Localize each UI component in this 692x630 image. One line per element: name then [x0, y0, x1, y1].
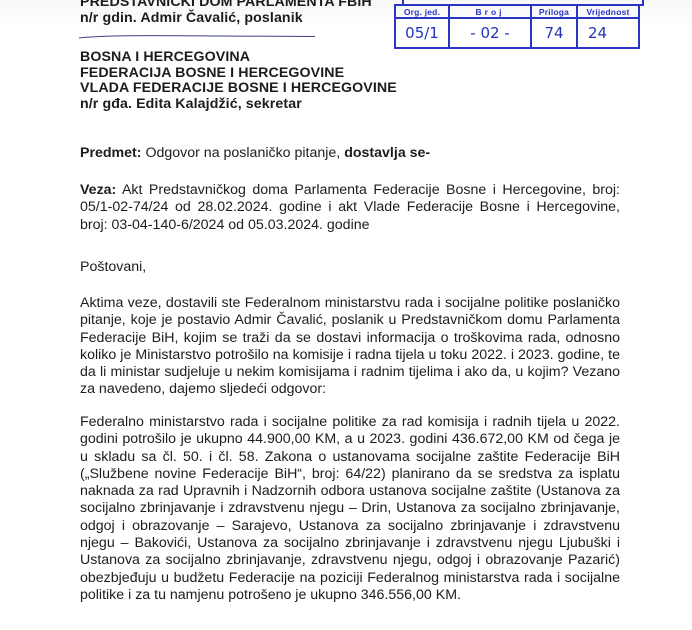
recipient-secretary: n/r gđa. Edita Kalajdžić, sekretar [80, 97, 397, 113]
recipient-federation: FEDERACIJA BOSNE I HERCEGOVINE [80, 66, 397, 82]
reference-label: Veza: [80, 182, 116, 198]
recipient-institution: PREDSTAVNIČKI DOM PARLAMENTA FBIH [80, 0, 372, 11]
recipient-person: n/r gdin. Admir Čavalić, poslanik [80, 11, 372, 27]
stamp-value-row: 05/1 - 02 - 74 24 [395, 18, 639, 48]
subject-suffix: dostavlja se- [344, 145, 430, 161]
recipient-country: BOSNA I HERCEGOVINA [80, 50, 397, 66]
stamp-value-broj: - 02 - [449, 18, 531, 48]
subject-text: Odgovor na poslaničko pitanje, [142, 145, 345, 161]
salutation-text: Poštovani, [80, 259, 620, 276]
stamp-header-row: Org. jed. Broj Priloga Vrijednost [395, 5, 639, 18]
paragraph-text: Aktima veze, dostavili ste Federalnom mi… [80, 295, 620, 399]
paragraph-answer: Federalno ministarstvo rada i socijalne … [80, 414, 620, 604]
stamp-header-priloga: Priloga [531, 5, 577, 18]
stamp-header-vrijednost: Vrijednost [577, 5, 639, 18]
reference-line: Veza: Akt Predstavničkog doma Parlamenta… [80, 182, 620, 234]
subject-label: Predmet: [80, 145, 142, 161]
recipient-block-government: BOSNA I HERCEGOVINA FEDERACIJA BOSNE I H… [80, 50, 397, 112]
stamp-value-vrijednost: 24 [577, 18, 639, 48]
ink-underline [78, 34, 316, 40]
recipient-block-parliament: PREDSTAVNIČKI DOM PARLAMENTA FBIH n/r gd… [80, 0, 372, 26]
stamp-header-broj: Broj [449, 5, 531, 18]
paragraph-text: Federalno ministarstvo rada i socijalne … [80, 414, 620, 604]
stamp-header-org: Org. jed. [395, 5, 449, 18]
reference-text: Akt Predstavničkog doma Parlamenta Feder… [80, 182, 620, 233]
subject-line: Predmet: Odgovor na poslaničko pitanje, … [80, 145, 620, 162]
stamp-value-org: 05/1 [395, 18, 449, 48]
recipient-government: VLADA FEDERACIJE BOSNE I HERCEGOVINE [80, 81, 397, 97]
document-page: PREDSTAVNIČKI DOM PARLAMENTA FBIH n/r gd… [0, 0, 692, 630]
stamp-table: Org. jed. Broj Priloga Vrijednost 05/1 -… [394, 4, 640, 49]
registry-stamp: 2024 Org. jed. Broj Priloga Vrijednost 0… [394, 0, 646, 52]
paragraph-intro: Aktima veze, dostavili ste Federalnom mi… [80, 295, 620, 399]
stamp-value-priloga: 74 [531, 18, 577, 48]
salutation: Poštovani, [80, 259, 620, 276]
